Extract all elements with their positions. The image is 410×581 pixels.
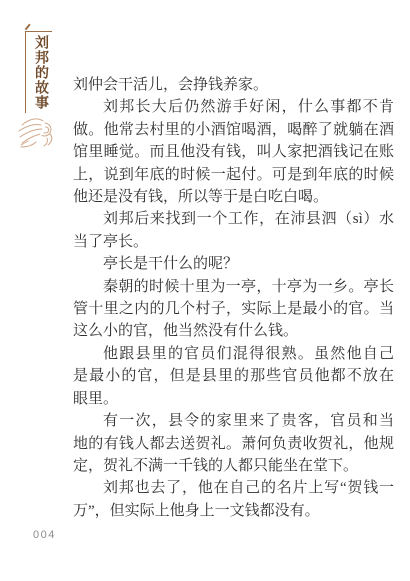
text-line: 定，贺礼不满一千钱的人都只能坐在堂下。 xyxy=(73,455,394,477)
text-line: 眼里。 xyxy=(73,388,394,410)
text-line: 当了亭长。 xyxy=(73,231,394,253)
text-line: 地的有钱人都去送贺礼。萧何负责收贺礼，他规 xyxy=(73,433,394,455)
horse-cloud-flourish-icon xyxy=(14,114,60,157)
text-line: 他还是没有钱，所以等于是白吃白喝。 xyxy=(73,186,394,208)
text-line: 上，说到年底的时候一起付。可是到年底的时候 xyxy=(73,164,394,186)
text-line: 做。他常去村里的小酒馆喝酒，喝醉了就躺在酒 xyxy=(73,119,394,141)
text-line: 刘仲会干活儿，会挣钱养家。 xyxy=(73,74,394,96)
text-line: 刘邦也去了，他在自己的名片上写“贺钱一 xyxy=(73,477,394,499)
text-line: 这么小的官，他当然没有什么钱。 xyxy=(73,320,394,342)
story-text-block: 刘仲会干活儿，会挣钱养家。 刘邦长大后仍然游手好闲，什么事都不肯 做。他常去村里… xyxy=(73,74,394,522)
text-line: 是最小的官，但是县里的那些官员他都不放在 xyxy=(73,365,394,387)
text-line: 秦朝的时候十里为一亭，十亭为一乡。亭长 xyxy=(73,276,394,298)
text-line: 他跟县里的官员们混得很熟。虽然他自己 xyxy=(73,343,394,365)
text-line: 有一次，县令的家里来了贵客，官员和当 xyxy=(73,410,394,432)
book-page: 刘邦的故事 刘仲会干活儿，会挣钱养家。 刘邦长大后仍然游手好闲，什么事都不肯 做… xyxy=(0,0,410,581)
text-line: 刘邦后来找到一个工作，在沛县泗（sì）水 xyxy=(73,208,394,230)
text-line: 万”，但实际上他身上一文钱都没有。 xyxy=(73,500,394,522)
text-line: 馆里睡觉。而且他没有钱，叫人家把酒钱记在账 xyxy=(73,141,394,163)
page-number: 004 xyxy=(33,529,56,541)
book-title-block: 刘邦的故事 xyxy=(25,31,52,113)
text-line: 亭长是干什么的呢？ xyxy=(73,253,394,275)
book-title-vertical: 刘邦的故事 xyxy=(30,35,50,110)
text-line: 刘邦长大后仍然游手好闲，什么事都不肯 xyxy=(73,96,394,118)
text-line: 管十里之内的几个村子，实际上是最小的官。当 xyxy=(73,298,394,320)
